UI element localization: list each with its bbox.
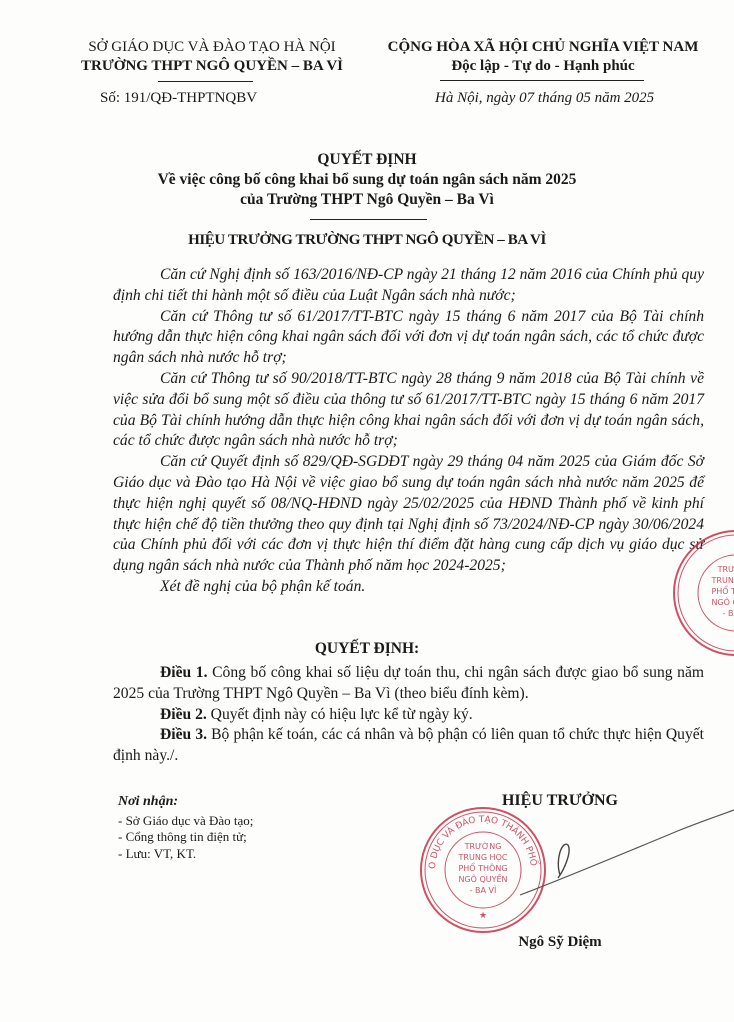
article-2: Điều 2. Quyết định này có hiệu lực kể từ… bbox=[113, 705, 704, 726]
basis-paragraph: Căn cứ Thông tư số 90/2018/TT-BTC ngày 2… bbox=[113, 369, 704, 452]
handwritten-signature bbox=[500, 800, 734, 910]
basis-paragraph: Xét đề nghị của bộ phận kế toán. bbox=[113, 577, 704, 598]
subject-line-1: Về việc công bố công khai bổ sung dự toá… bbox=[0, 170, 734, 190]
signatory-name: Ngô Sỹ Diệm bbox=[470, 934, 650, 951]
stamp-line: TRƯỜNG bbox=[717, 563, 734, 574]
document-title-block: QUYẾT ĐỊNH Về việc công bố công khai bổ … bbox=[0, 150, 734, 210]
stamp-line: TRƯỜNG bbox=[464, 840, 502, 851]
basis-paragraph: Căn cứ Quyết định số 829/QĐ-SGDĐT ngày 2… bbox=[113, 452, 704, 577]
issuing-authority: HIỆU TRƯỞNG TRƯỜNG THPT NGÔ QUYỀN – BA V… bbox=[0, 232, 734, 249]
recipients-block: Nơi nhận: - Sở Giáo dục và Đào tạo; - Cổ… bbox=[118, 794, 253, 862]
national-heading-block: CỘNG HÒA XÃ HỘI CHỦ NGHĨA VIỆT NAM Độc l… bbox=[352, 38, 734, 76]
agency-underline bbox=[158, 81, 253, 82]
issuing-agency-block: SỞ GIÁO DỤC VÀ ĐÀO TẠO HÀ NỘI TRƯỜNG THP… bbox=[62, 38, 362, 76]
article-label: Điều 2. bbox=[160, 706, 207, 723]
stamp-line: TRUNG HỌC bbox=[711, 576, 734, 585]
stamp-line: - BA VÌ bbox=[723, 607, 734, 618]
svg-text:★: ★ bbox=[479, 911, 487, 921]
recipient-item: - Cổng thông tin điện tử; bbox=[118, 829, 253, 846]
national-motto: Độc lập - Tự do - Hạnh phúc bbox=[352, 57, 734, 76]
basis-paragraph: Căn cứ Thông tư số 61/2017/TT-BTC ngày 1… bbox=[113, 307, 704, 369]
motto-underline bbox=[440, 80, 644, 81]
title-underline bbox=[310, 219, 427, 220]
school-name: TRƯỜNG THPT NGÔ QUYỀN – BA VÌ bbox=[62, 57, 362, 76]
stamp-line: NGÔ QUYỀN bbox=[711, 595, 734, 607]
article-label: Điều 3. bbox=[160, 726, 207, 743]
article-label: Điều 1. bbox=[160, 664, 208, 681]
decision-heading: QUYẾT ĐỊNH: bbox=[0, 640, 734, 658]
articles: Điều 1. Công bố công khai số liệu dự toá… bbox=[113, 663, 704, 767]
document-title: QUYẾT ĐỊNH bbox=[0, 150, 734, 170]
article-3: Điều 3. Bộ phận kế toán, các cá nhân và … bbox=[113, 725, 704, 767]
stamp-line: - BA VÌ bbox=[470, 884, 497, 895]
parent-agency: SỞ GIÁO DỤC VÀ ĐÀO TẠO HÀ NỘI bbox=[62, 38, 362, 57]
article-1: Điều 1. Công bố công khai số liệu dự toá… bbox=[113, 663, 704, 705]
date-line: Hà Nội, ngày 07 tháng 05 năm 2025 bbox=[435, 90, 654, 107]
country-name: CỘNG HÒA XÃ HỘI CHỦ NGHĨA VIỆT NAM bbox=[352, 38, 734, 57]
document-number: Số: 191/QĐ-THPTNQBV bbox=[100, 90, 257, 107]
partial-seal-stamp: TRƯỜNG TRUNG HỌC PHỔ THÔNG NGÔ QUYỀN - B… bbox=[660, 528, 734, 658]
article-text: Quyết định này có hiệu lực kể từ ngày ký… bbox=[207, 706, 473, 723]
legal-bases: Căn cứ Nghị định số 163/2016/NĐ-CP ngày … bbox=[113, 265, 704, 598]
basis-paragraph: Căn cứ Nghị định số 163/2016/NĐ-CP ngày … bbox=[113, 265, 704, 307]
subject-line-2: của Trường THPT Ngô Quyền – Ba Vì bbox=[0, 190, 734, 210]
recipient-item: - Lưu: VT, KT. bbox=[118, 846, 253, 863]
stamp-line: PHỔ THÔNG bbox=[711, 584, 734, 596]
recipient-item: - Sở Giáo dục và Đào tạo; bbox=[118, 813, 253, 830]
recipients-heading: Nơi nhận: bbox=[118, 794, 253, 811]
